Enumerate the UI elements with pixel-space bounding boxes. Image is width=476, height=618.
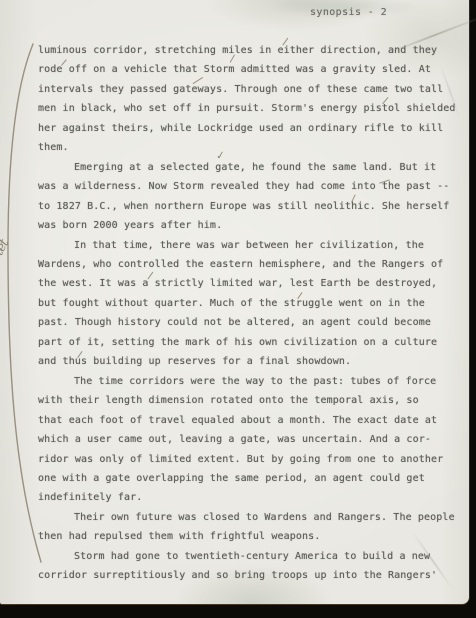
text-line: was born 2000 years after him.	[38, 216, 452, 235]
text-line: past. Though history could not be altere…	[38, 313, 452, 332]
text-line: Their own future was closed to Wardens a…	[38, 508, 452, 527]
text-line: part of it, setting the mark of his own …	[38, 333, 452, 352]
text-line: and thus building up reserves for a fina…	[38, 352, 452, 371]
text-line: that each foot of travel equaled about a…	[38, 411, 452, 430]
text-line: ridor was only of limited extent. But by…	[38, 450, 452, 469]
text-line: which a user came out, leaving a gate, w…	[38, 430, 452, 449]
text-line: men in black, who set off in pursuit. St…	[38, 99, 452, 118]
manuscript-page: synopsis - 2 luminous corridor, stretchi…	[0, 0, 469, 604]
text-line: Emerging at a selected gate, he found th…	[38, 158, 452, 177]
text-line: In that time, there was war between her …	[38, 236, 452, 255]
page-header: synopsis - 2	[310, 7, 387, 18]
text-line: with their length dimension rotated onto…	[38, 391, 452, 410]
text-line: the west. It was a strictly limited war,…	[38, 274, 452, 293]
photo-background: synopsis - 2 luminous corridor, stretchi…	[0, 0, 476, 618]
text-line: corridor surreptitiously and so bring tr…	[38, 566, 452, 585]
text-line: The time corridors were the way to the p…	[38, 372, 452, 391]
text-line: rode off on a vehicle that Storm admitte…	[38, 60, 452, 79]
pencil-check-mark: ✓	[215, 148, 226, 162]
text-line: to 1827 B.C., when northern Europe was s…	[38, 197, 452, 216]
text-line: luminous corridor, stretching miles in e…	[38, 41, 452, 60]
text-line: intervals they passed gateways. Through …	[38, 80, 452, 99]
text-line: one with a gate overlapping the same per…	[38, 469, 452, 488]
body-text: luminous corridor, stretching miles in e…	[38, 41, 452, 586]
text-line: her against theirs, while Lockridge used…	[38, 119, 452, 138]
text-line: indefinitely far.	[38, 488, 452, 507]
text-line: them.	[38, 138, 452, 157]
text-line: but fought without quarter. Much of the …	[38, 294, 452, 313]
text-line: Wardens, who controlled the eastern hemi…	[38, 255, 452, 274]
text-line: Storm had gone to twentieth-century Amer…	[38, 547, 452, 566]
text-line: then had repulsed them with frightful we…	[38, 527, 452, 546]
margin-bracket-mark	[0, 38, 50, 578]
